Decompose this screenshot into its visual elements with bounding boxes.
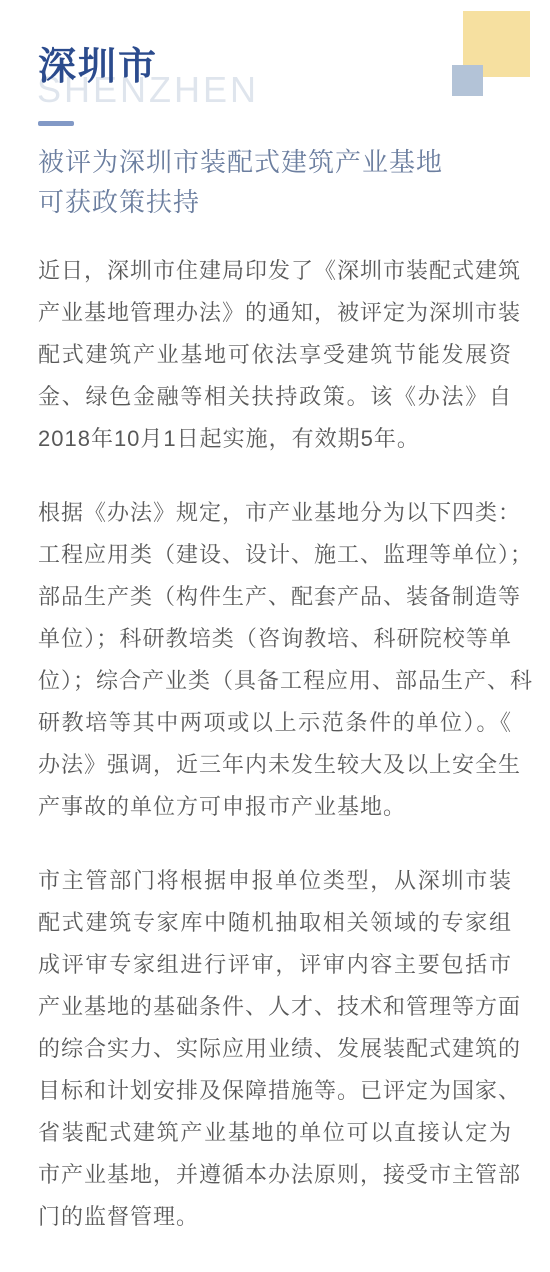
body-line: 产事故的单位方可申报市产业基地。 (38, 786, 512, 828)
body-line: 产业基地管理办法》的通知，被评定为深圳市装 (38, 292, 512, 334)
body-line: 部品生产类（构件生产、配套产品、装备制造等 (38, 576, 512, 618)
body-line: 2018年10月1日起实施，有效期5年。 (38, 418, 512, 460)
page-title: 深圳市 (38, 48, 158, 86)
body-line: 办法》强调，近三年内未发生较大及以上安全生 (38, 744, 512, 786)
body-line: 近日，深圳市住建局印发了《深圳市装配式建筑 (38, 250, 512, 292)
body-line: 金、绿色金融等相关扶持政策。该《办法》自 (38, 376, 512, 418)
body-line: 配式建筑产业基地可依法享受建筑节能发展资 (38, 334, 512, 376)
article-header: SHENZHEN 深圳市 被评为深圳市装配式建筑产业基地 可获政策扶持 (0, 0, 550, 250)
body-line: 配式建筑专家库中随机抽取相关领域的专家组 (38, 902, 512, 944)
paragraph: 市主管部门将根据申报单位类型，从深圳市装配式建筑专家库中随机抽取相关领域的专家组… (38, 860, 512, 1238)
page-container: SHENZHEN 深圳市 被评为深圳市装配式建筑产业基地 可获政策扶持 近日，深… (0, 0, 550, 1272)
article-subtitle: 被评为深圳市装配式建筑产业基地 可获政策扶持 (38, 142, 498, 222)
body-line: 单位）；科研教培类（咨询教培、科研院校等单 (38, 618, 512, 660)
subtitle-line: 被评为深圳市装配式建筑产业基地 (38, 142, 498, 182)
body-line: 成评审专家组进行评审，评审内容主要包括市 (38, 944, 512, 986)
body-line: 根据《办法》规定，市产业基地分为以下四类： (38, 492, 512, 534)
body-line: 的综合实力、实际应用业绩、发展装配式建筑的 (38, 1028, 512, 1070)
paragraph: 近日，深圳市住建局印发了《深圳市装配式建筑产业基地管理办法》的通知，被评定为深圳… (38, 250, 512, 460)
subtitle-line: 可获政策扶持 (38, 182, 498, 222)
body-line: 位）；综合产业类（具备工程应用、部品生产、科 (38, 660, 512, 702)
body-line: 市主管部门将根据申报单位类型，从深圳市装 (38, 860, 512, 902)
decor-square-blue (452, 65, 483, 96)
body-line: 省装配式建筑产业基地的单位可以直接认定为 (38, 1112, 512, 1154)
divider-dash (38, 121, 74, 126)
body-line: 目标和计划安排及保障措施等。已评定为国家、 (38, 1070, 512, 1112)
body-line: 市产业基地，并遵循本办法原则，接受市主管部 (38, 1154, 512, 1196)
paragraph: 根据《办法》规定，市产业基地分为以下四类：工程应用类（建设、设计、施工、监理等单… (38, 492, 512, 828)
body-line: 门的监督管理。 (38, 1196, 512, 1238)
body-line: 研教培等其中两项或以上示范条件的单位）。《 (38, 702, 512, 744)
body-line: 工程应用类（建设、设计、施工、监理等单位）； (38, 534, 512, 576)
article-body: 近日，深圳市住建局印发了《深圳市装配式建筑产业基地管理办法》的通知，被评定为深圳… (0, 250, 550, 1238)
body-line: 产业基地的基础条件、人才、技术和管理等方面 (38, 986, 512, 1028)
